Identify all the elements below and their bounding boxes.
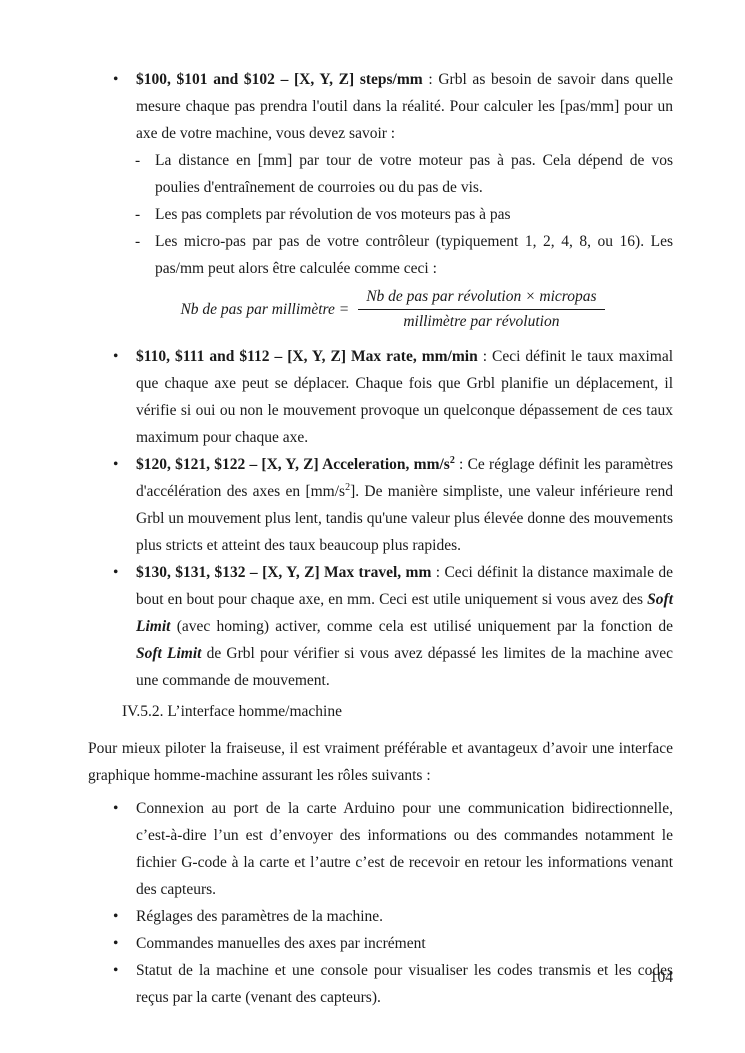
hmi-features-list: •Connexion au port de la carte Arduino p… [88,795,673,1011]
sub-item-text: La distance en [mm] par tour de votre mo… [155,152,673,196]
formula-fraction: Nb de pas par révolution × micropas mill… [358,288,604,331]
sub-item-distance: -La distance en [mm] par tour de votre m… [88,147,673,201]
dash-icon: - [135,228,140,255]
hmi-item-settings: •Réglages des paramètres de la machine. [88,903,673,930]
setting-item-max-travel: •$130, $131, $132 – [X, Y, Z] Max travel… [88,559,673,694]
dash-icon: - [135,147,140,174]
setting-name: $100, $101 and $102 – [X, Y, Z] steps/mm [136,71,423,88]
sub-item-text: Les pas complets par révolution de vos m… [155,206,511,223]
bullet-icon: • [113,343,118,370]
hmi-item-text: Commandes manuelles des axes par incréme… [136,935,426,952]
setting-description: (avec homing) activer, comme cela est ut… [170,618,673,635]
bullet-icon: • [113,795,118,822]
sub-item-full-steps: -Les pas complets par révolution de vos … [88,201,673,228]
formula-numerator: Nb de pas par révolution × micropas [358,288,604,310]
setting-name: $120, $121, $122 – [X, Y, Z] Acceleratio… [136,456,455,473]
hmi-item-status-console: •Statut de la machine et une console pou… [88,957,673,1011]
setting-name: $110, $111 and $112 – [X, Y, Z] Max rate… [136,348,478,365]
hmi-item-text: Réglages des paramètres de la machine. [136,908,383,925]
dash-icon: - [135,201,140,228]
section-intro-paragraph: Pour mieux piloter la fraiseuse, il est … [88,735,673,789]
formula-steps-per-mm: Nb de pas par millimètre = Nb de pas par… [112,288,673,331]
hmi-item-manual-commands: •Commandes manuelles des axes par incrém… [88,930,673,957]
hmi-item-connection: •Connexion au port de la carte Arduino p… [88,795,673,903]
sub-item-microsteps: -Les micro-pas par pas de votre contrôle… [88,228,673,282]
hmi-item-text: Statut de la machine et une console pour… [136,962,673,1006]
formula-denominator: millimètre par révolution [358,310,604,331]
page-number: 104 [650,969,673,987]
setting-description: de Grbl pour vérifier si vous avez dépas… [136,645,673,689]
setting-item-max-rate: •$110, $111 and $112 – [X, Y, Z] Max rat… [88,343,673,451]
bullet-icon: • [113,957,118,984]
setting-item-acceleration: •$120, $121, $122 – [X, Y, Z] Accelerati… [88,451,673,559]
bullet-icon: • [113,66,118,93]
sub-item-text: Les micro-pas par pas de votre contrôleu… [155,233,673,277]
bullet-icon: • [113,451,118,478]
hmi-item-text: Connexion au port de la carte Arduino po… [136,800,673,898]
page-content: •$100, $101 and $102 – [X, Y, Z] steps/m… [88,66,673,1011]
setting-name: $130, $131, $132 – [X, Y, Z] Max travel,… [136,564,431,581]
bullet-icon: • [113,903,118,930]
formula-lhs: Nb de pas par millimètre = [180,301,349,319]
bullet-icon: • [113,559,118,586]
document-page: •$100, $101 and $102 – [X, Y, Z] steps/m… [0,0,745,1053]
setting-item-steps-per-mm: •$100, $101 and $102 – [X, Y, Z] steps/m… [88,66,673,147]
bullet-icon: • [113,930,118,957]
section-heading: IV.5.2. L’interface homme/machine [122,698,673,725]
soft-limit-term: Soft Limit [136,645,201,662]
